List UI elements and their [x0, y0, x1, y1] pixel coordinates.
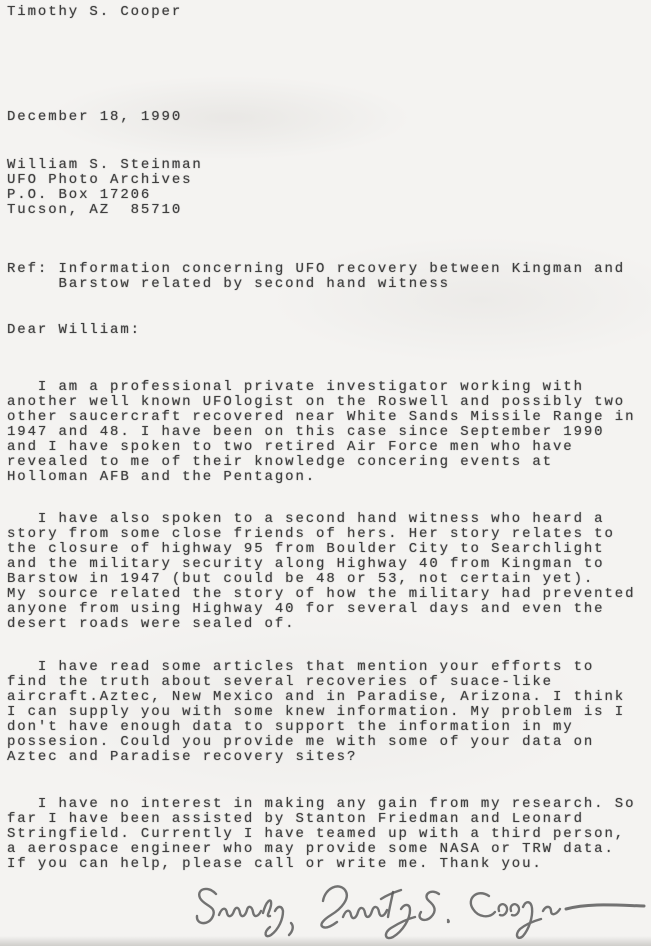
paragraph-3: I have read some articles that mention y…	[7, 660, 651, 765]
recipient-organization: UFO Photo Archives	[7, 173, 651, 188]
reference-line: Ref: Information concerning UFO recovery…	[7, 262, 651, 292]
paragraph-4: I have no interest in making any gain fr…	[7, 797, 651, 872]
letter-date: December 18, 1990	[7, 110, 651, 125]
recipient-city-state-zip: Tucson, AZ 85710	[7, 203, 651, 218]
recipient-name: William S. Steinman	[7, 158, 651, 173]
recipient-address-block: William S. Steinman UFO Photo Archives P…	[0, 158, 651, 218]
sender-name: Timothy S. Cooper	[7, 0, 651, 20]
salutation: Dear William:	[7, 323, 651, 338]
scanned-letter-page: Timothy S. Cooper December 18, 1990 Will…	[0, 0, 651, 946]
paragraph-2: I have also spoken to a second hand witn…	[7, 512, 651, 632]
handwritten-signature	[192, 879, 648, 943]
paragraph-1: I am a professional private investigator…	[7, 380, 651, 485]
recipient-po-box: P.O. Box 17206	[7, 188, 651, 203]
